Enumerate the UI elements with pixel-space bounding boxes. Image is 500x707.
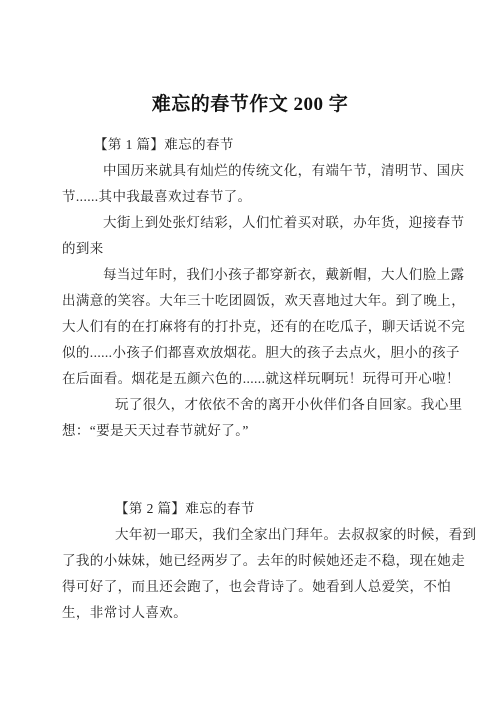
text-line: 玩了很久，才依依不舍的离开小伙伴们各自回家。我心里 [62, 392, 462, 418]
text-line: 了我的小妹妹，她已经两岁了。去年的时候她还走不稳，现在她走 [62, 548, 462, 574]
text-line: 生，非常讨人喜欢。 [62, 600, 462, 626]
text-line: 想：“要是天天过春节就好了。” [62, 418, 462, 444]
text-line: 的到来 [62, 236, 462, 262]
text-line: 大年初一耶天，我们全家出门拜年。去叔叔家的时候，看到 [62, 522, 462, 548]
text-line: 【第 2 篇】难忘的春节 [62, 496, 462, 522]
blank-line [62, 470, 462, 496]
text-line: 节......其中我最喜欢过春节了。 [62, 184, 462, 210]
text-line: 得可好了，而且还会跑了，也会背诗了。她看到人总爱笑，不怕 [62, 574, 462, 600]
blank-line [62, 444, 462, 470]
document-page: 难忘的春节作文 200 字 【第 1 篇】难忘的春节中国历来就具有灿烂的传统文化… [0, 0, 500, 707]
document-body: 【第 1 篇】难忘的春节中国历来就具有灿烂的传统文化，有端午节，清明节、国庆节.… [62, 132, 462, 626]
text-line: 大街上到处张灯结彩，人们忙着买对联，办年货，迎接春节 [62, 210, 462, 236]
text-line: 似的......小孩子们都喜欢放烟花。胆大的孩子去点火，胆小的孩子 [62, 340, 462, 366]
text-line: 在后面看。烟花是五颜六色的......就这样玩啊玩！玩得可开心啦！ [62, 366, 462, 392]
text-line: 出满意的笑容。大年三十吃团圆饭，欢天喜地过大年。到了晚上， [62, 288, 462, 314]
text-line: 中国历来就具有灿烂的传统文化，有端午节，清明节、国庆 [62, 158, 462, 184]
document-title: 难忘的春节作文 200 字 [0, 92, 500, 118]
text-line: 【第 1 篇】难忘的春节 [62, 132, 462, 158]
text-line: 大人们有的在打麻将有的打扑克，还有的在吃瓜子，聊天话说不完 [62, 314, 462, 340]
text-line: 每当过年时，我们小孩子都穿新衣，戴新帽，大人们脸上露 [62, 262, 462, 288]
